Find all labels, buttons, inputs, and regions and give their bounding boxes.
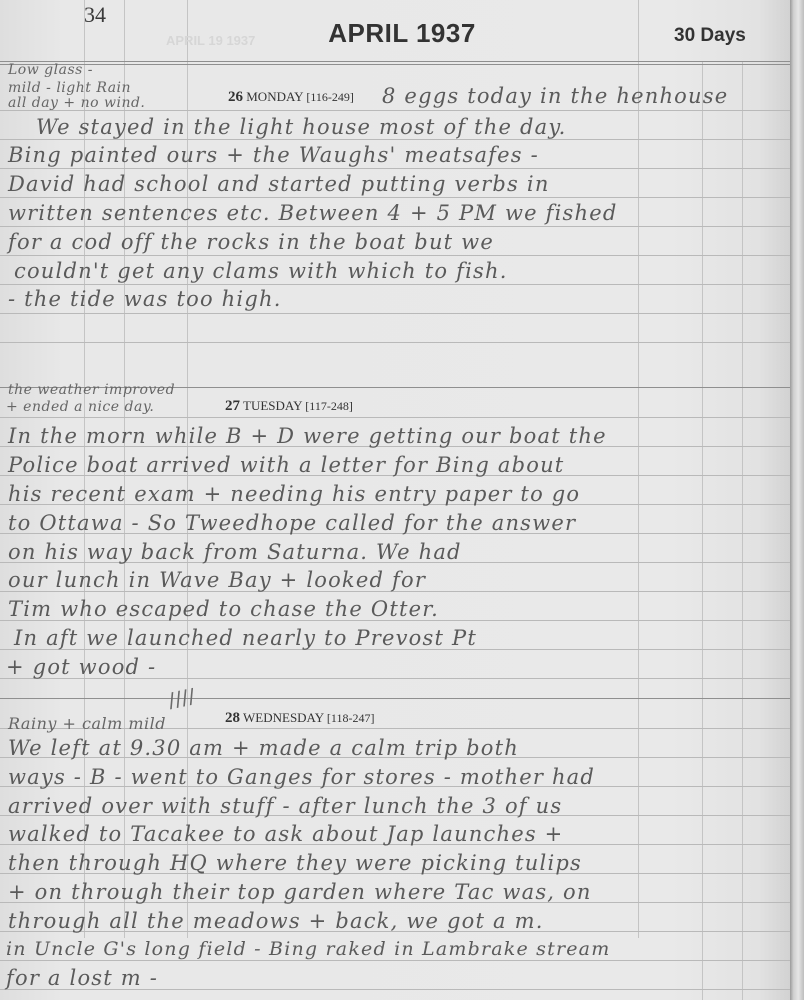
entry-line: our lunch in Wave Bay + looked for	[8, 568, 426, 592]
ruled-line	[0, 284, 790, 285]
entry-line: arrived over with stuff - after lunch th…	[8, 794, 562, 818]
entry-line: Police boat arrived with a letter for Bi…	[8, 453, 564, 477]
ruled-line	[0, 226, 790, 227]
day-range: [116-249]	[306, 90, 354, 104]
entry-header-line: 8 eggs today in the henhouse	[382, 84, 728, 108]
weather-note: Rainy + calm mild	[8, 714, 166, 733]
entry-line: In the morn while B + D were getting our…	[8, 424, 607, 448]
weather-note: the weather improved	[8, 382, 175, 398]
entry-line: walked to Tacakee to ask about Jap launc…	[8, 822, 563, 846]
ruled-line	[0, 698, 790, 699]
ruled-line	[0, 342, 790, 343]
entry-line: - the tide was too high.	[8, 287, 282, 311]
entry-line: David had school and started putting ver…	[8, 172, 550, 196]
day-header: 27 TUESDAY [117-248]	[225, 398, 353, 415]
ruled-line	[0, 417, 790, 418]
day-number: 27	[225, 398, 240, 414]
day-header: 26 MONDAY [116-249]	[228, 89, 354, 106]
entry-line: to Ottawa - So Tweedhope called for the …	[8, 511, 576, 535]
page-edge	[790, 0, 804, 1000]
ruled-line	[0, 197, 790, 198]
weather-note: + ended a nice day.	[6, 399, 154, 415]
header-rule	[0, 64, 790, 65]
weekday: TUESDAY	[243, 398, 302, 413]
ruled-line	[0, 168, 790, 169]
day-range: [118-247]	[327, 711, 375, 725]
entry-line: In aft we launched nearly to Prevost Pt	[14, 626, 477, 650]
entry-line: + on through their top garden where Tac …	[8, 880, 592, 904]
weather-note: Low glass -	[8, 62, 93, 78]
day-number: 26	[228, 89, 243, 105]
entry-line: We stayed in the light house most of the…	[36, 115, 567, 139]
entry-line: ways - B - went to Ganges for stores - m…	[8, 765, 595, 789]
entry-line: Bing painted ours + the Waughs' meatsafe…	[8, 143, 539, 167]
entry-line: on his way back from Saturna. We had	[8, 540, 462, 564]
ruled-line	[0, 960, 790, 961]
entry-line: + got wood -	[6, 655, 156, 679]
day-header: 28 WEDNESDAY [118-247]	[225, 710, 374, 727]
entry-line: Tim who escaped to chase the Otter.	[8, 597, 439, 621]
ruled-line	[0, 255, 790, 256]
entry-line: written sentences etc. Between 4 + 5 PM …	[8, 201, 618, 225]
weekday: WEDNESDAY	[243, 710, 324, 725]
weather-note: all day + no wind.	[8, 95, 145, 111]
ruling-vertical	[702, 62, 703, 1000]
ruled-line	[0, 313, 790, 314]
day-number: 28	[225, 710, 240, 726]
entry-line: for a cod off the rocks in the boat but …	[8, 230, 494, 254]
entry-line: couldn't get any clams with which to fis…	[14, 259, 508, 283]
header-rule	[0, 61, 790, 62]
weekday: MONDAY	[246, 89, 303, 104]
weather-note: mild - light Rain	[8, 80, 131, 96]
entry-line: for a lost m -	[6, 966, 158, 990]
ruling-vertical	[742, 62, 743, 1000]
entry-line: through all the meadows + back, we got a…	[8, 909, 544, 933]
entry-line: in Uncle G's long field - Bing raked in …	[6, 938, 610, 960]
entry-line: then through HQ where they were picking …	[8, 851, 582, 875]
day-range: [117-248]	[305, 399, 353, 413]
ruled-line	[0, 139, 790, 140]
ruling-vertical	[638, 0, 639, 938]
entry-line: his recent exam + needing his entry pape…	[8, 482, 580, 506]
days-count: 30 Days	[674, 25, 746, 47]
entry-line: We left at 9.30 am + made a calm trip bo…	[8, 736, 519, 760]
